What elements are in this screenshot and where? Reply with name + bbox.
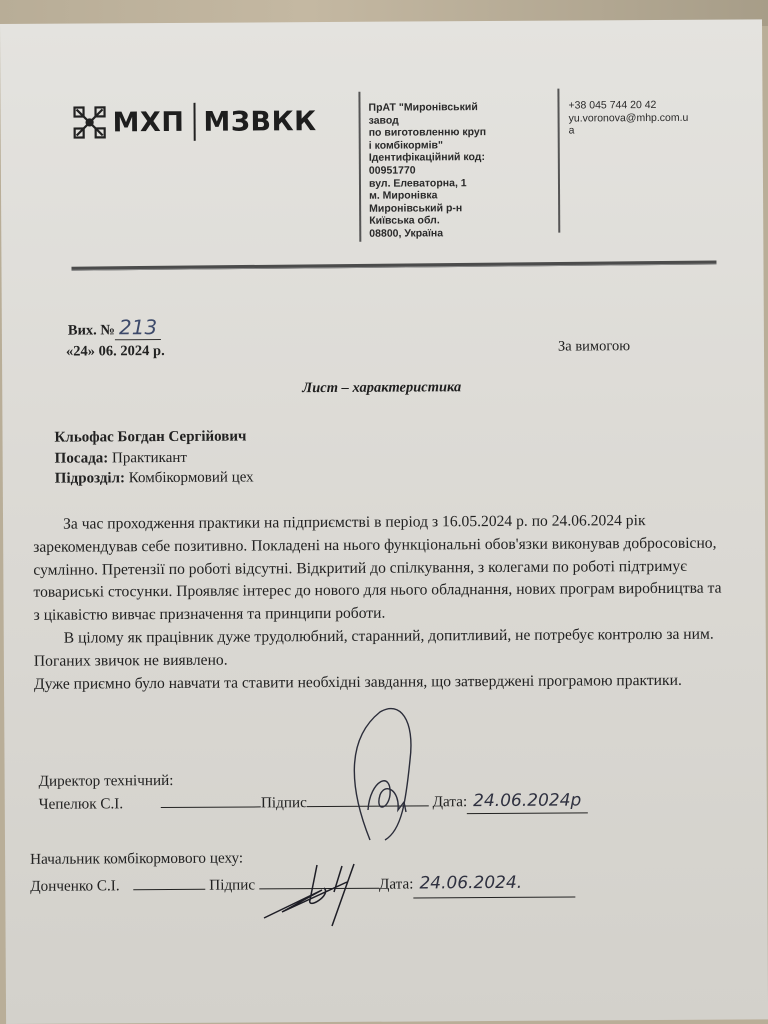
position-label: Посада:: [55, 450, 109, 466]
header-divider-left: [358, 92, 360, 242]
date-label: Дата:: [379, 875, 414, 892]
company-contacts: +38 045 744 20 42 yu.voronova@mhp.com.u …: [568, 99, 728, 138]
blank-line: [161, 792, 261, 808]
paragraph-2: В цілому як працівник дуже трудолюбний, …: [34, 624, 724, 674]
position-row: Посада: Практикант: [55, 447, 254, 469]
company-logo: МХП МЗВКК: [72, 102, 316, 141]
request-note: За вимогою: [558, 338, 630, 355]
company-details: ПрАТ "Миронівський завод по виготовленню…: [368, 101, 486, 240]
department-label: Підрозділ:: [55, 470, 125, 486]
logo-mhp: МХП: [113, 106, 185, 137]
handwritten-date: 24.06.2024р: [467, 789, 587, 814]
director-signature: [340, 700, 460, 840]
signature-label: Підпис: [209, 876, 255, 893]
workshop-head-signature: [262, 860, 382, 930]
signer-row: Чепелюк С.І. Підпис Дата:24.06.2024р: [39, 789, 588, 816]
signer-name: Донченко С.І.: [30, 877, 119, 895]
signer-role: Директор технічний:: [39, 766, 588, 792]
signature-block-director: Директор технічний: Чепелюк С.І. Підпис …: [39, 766, 588, 816]
department-row: Підрозділ: Комбікормовий цех: [55, 467, 254, 489]
letter-sheet: МХП МЗВКК ПрАТ "Миронівський завод по ви…: [0, 19, 768, 1024]
handwritten-date: 24.06.2024.: [413, 870, 575, 899]
signature-label: Підпис: [261, 794, 307, 811]
person-info: Кльофас Богдан Сергійович Посада: Практи…: [54, 426, 253, 489]
signer-name: Чепелюк С.І.: [39, 795, 123, 813]
reference-number: 213: [115, 315, 161, 340]
paragraph-3: Дуже приємно було навчати та ставити нео…: [34, 669, 724, 696]
windmill-icon: [72, 105, 106, 139]
logo-divider: [193, 103, 195, 141]
reference-label: Вих. №: [68, 322, 115, 338]
letter-date: «24» 06. 2024 р.: [66, 343, 165, 361]
logo-mzvkk: МЗВКК: [203, 106, 316, 138]
document-title: Лист – характеристика: [302, 379, 461, 397]
blank-line: [133, 875, 205, 890]
header-divider-right: [557, 89, 559, 233]
outgoing-reference: Вих. №213: [68, 315, 161, 340]
letter-body: За час проходження практики на підприємс…: [33, 510, 724, 697]
header-rule: [71, 261, 716, 271]
department-value: Комбікормовий цех: [129, 469, 254, 486]
person-name: Кльофас Богдан Сергійович: [54, 426, 253, 448]
position-value: Практикант: [112, 449, 187, 465]
paragraph-1: За час проходження практики на підприємс…: [33, 510, 724, 628]
